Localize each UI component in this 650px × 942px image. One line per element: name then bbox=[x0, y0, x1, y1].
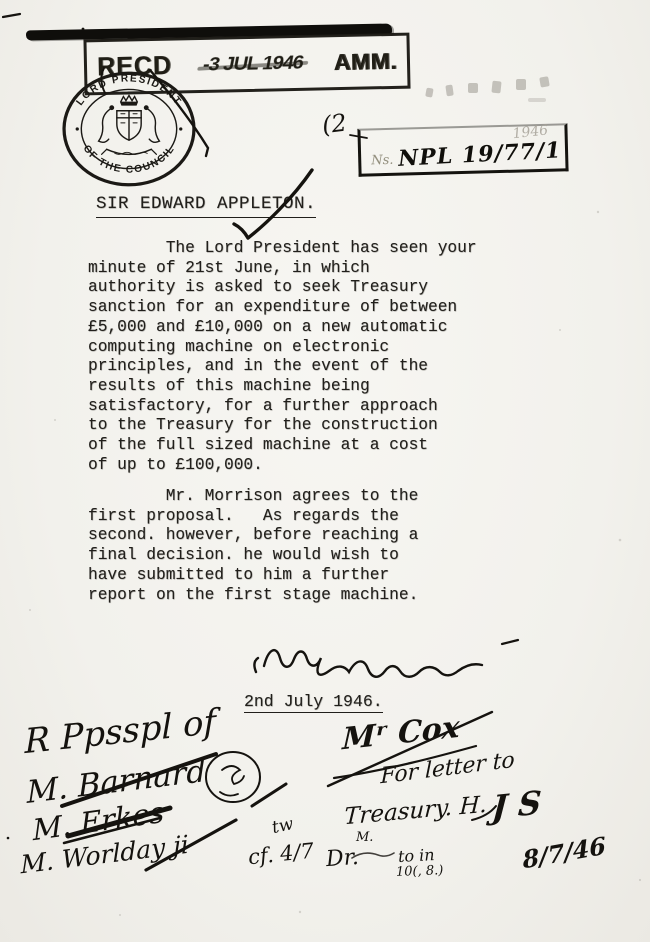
file-reference-prefix: Ns. bbox=[371, 153, 394, 169]
scanned-memo-page: RECD -3 JUL 1946 AMM. LORD PRESIDENT OF … bbox=[0, 0, 650, 942]
crest-bottom-text: OF THE COUNCIL bbox=[81, 143, 178, 175]
ink-dot bbox=[7, 837, 10, 840]
annotation-date: 8/7/46 bbox=[522, 831, 607, 875]
doodle-squiggle bbox=[220, 766, 244, 796]
annotation-small-mark: tw bbox=[270, 814, 295, 838]
memo-paragraph-1: The Lord President has seen your minute … bbox=[88, 239, 498, 475]
faint-stamp-marks bbox=[420, 70, 570, 110]
signature-end-dash bbox=[502, 640, 518, 644]
annotation-mr-cox: Mʳ Cox bbox=[342, 710, 460, 758]
signature-scrawl bbox=[254, 650, 482, 677]
royal-crest-icon: LORD PRESIDENT OF THE COUNCIL bbox=[60, 70, 198, 188]
annotation-for-letter: For letter to bbox=[380, 748, 515, 790]
memo-heading: SIR EDWARD APPLETON. bbox=[96, 194, 316, 218]
page-number-mark: (2 bbox=[320, 109, 348, 140]
annotation-treasury: Treasury. H. bbox=[344, 792, 488, 831]
annotation-m-mark: M. bbox=[356, 830, 373, 845]
annotation-name-1: R Ppsspl of bbox=[24, 702, 216, 762]
svg-text:OF THE COUNCIL: OF THE COUNCIL bbox=[81, 143, 178, 175]
file-reference-box: 1946 Ns. NPL 19/77/1 bbox=[357, 123, 568, 176]
memo-date: 2nd July 1946. bbox=[244, 692, 383, 713]
doodle-slash bbox=[252, 784, 286, 806]
annotation-dr-mark: Dr. bbox=[325, 845, 359, 872]
corner-pen-dash bbox=[3, 14, 20, 17]
annotation-initials: J S bbox=[491, 783, 543, 827]
crest-side-dot bbox=[179, 127, 182, 130]
crest-coat-of-arms bbox=[99, 96, 160, 155]
memo-paragraph-2: Mr. Morrison agrees to the first proposa… bbox=[88, 487, 498, 605]
crest-side-dot bbox=[76, 127, 79, 130]
file-reference-number: NPL 19/77/1 bbox=[398, 137, 563, 172]
annotation-cf-mark: cf. 4/7 bbox=[247, 839, 315, 870]
stamp-date-text: -3 JUL 1946 bbox=[201, 52, 305, 76]
stamp-office-text: AMM. bbox=[333, 47, 397, 75]
annotation-figures: 10(, 8.) bbox=[396, 863, 444, 880]
circle-doodle bbox=[206, 752, 260, 802]
